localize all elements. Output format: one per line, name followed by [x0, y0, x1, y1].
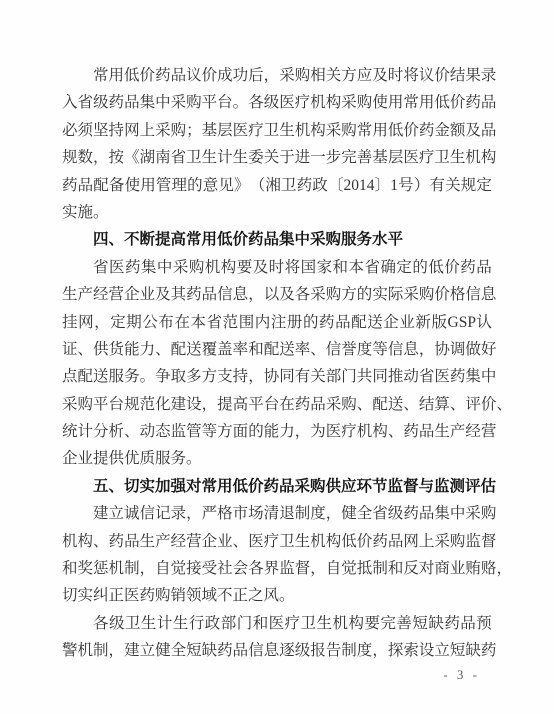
- document-body: 常用低价药品议价成功后，采购相关方应及时将议价结果录 入省级药品集中采购平台。各…: [62, 62, 492, 665]
- section-heading-four: 四、不断提高常用低价药品集中采购服务水平: [62, 226, 492, 253]
- paragraph-line: 实施。: [62, 199, 492, 226]
- paragraph-line: 和奖惩机制，自觉接受社会各界监督，自觉抵制和反对商业贿赂，: [62, 555, 492, 582]
- paragraph-line: 切实纠正医药购销领域不正之风。: [62, 582, 492, 609]
- paragraph-line: 采购平台规范化建设，提高平台在药品采购、配送、结算、评价、: [62, 391, 492, 418]
- paragraph-line: 企业提供优质服务。: [62, 445, 492, 472]
- paragraph-line: 各级卫生计生行政部门和医疗卫生机构要完善短缺药品预: [62, 610, 492, 637]
- paragraph-line: 常用低价药品议价成功后，采购相关方应及时将议价结果录: [62, 62, 492, 89]
- paragraph-line: 机构、药品生产经营企业、医疗卫生机构低价药品网上采购监督: [62, 528, 492, 555]
- paragraph-line: 警机制，建立健全短缺药品信息逐级报告制度，探索设立短缺药: [62, 637, 492, 664]
- document-page: 常用低价药品议价成功后，采购相关方应及时将议价结果录 入省级药品集中采购平台。各…: [0, 0, 554, 714]
- paragraph-line: 生产经营企业及其药品信息，以及各采购方的实际采购价格信息: [62, 281, 492, 308]
- paragraph-line: 证、供货能力、配送覆盖率和配送率、信誉度等信息，协调做好: [62, 336, 492, 363]
- paragraph-line: 点配送服务。争取多方支持，协同有关部门共同推动省医药集中: [62, 363, 492, 390]
- paragraph-line: 入省级药品集中采购平台。各级医疗机构采购使用常用低价药品: [62, 89, 492, 116]
- paragraph-line: 统计分析、动态监管等方面的能力，为医疗机构、药品生产经营: [62, 418, 492, 445]
- paragraph-line: 药品配备使用管理的意见》（湘卫药政〔2014〕1号）有关规定: [62, 172, 492, 199]
- paragraph-line: 挂网，定期公布在本省范围内注册的药品配送企业新版GSP认: [62, 309, 492, 336]
- paragraph-line: 必须坚持网上采购；基层医疗卫生机构采购常用低价药金额及品: [62, 117, 492, 144]
- paragraph-line: 规数，按《湖南省卫生计生委关于进一步完善基层医疗卫生机构: [62, 144, 492, 171]
- page-number: - 3 -: [443, 666, 480, 684]
- section-heading-five: 五、切实加强对常用低价药品采购供应环节监督与监测评估: [62, 473, 492, 500]
- paragraph-line: 省医药集中采购机构要及时将国家和本省确定的低价药品: [62, 254, 492, 281]
- paragraph-line: 建立诚信记录，严格市场清退制度，健全省级药品集中采购: [62, 500, 492, 527]
